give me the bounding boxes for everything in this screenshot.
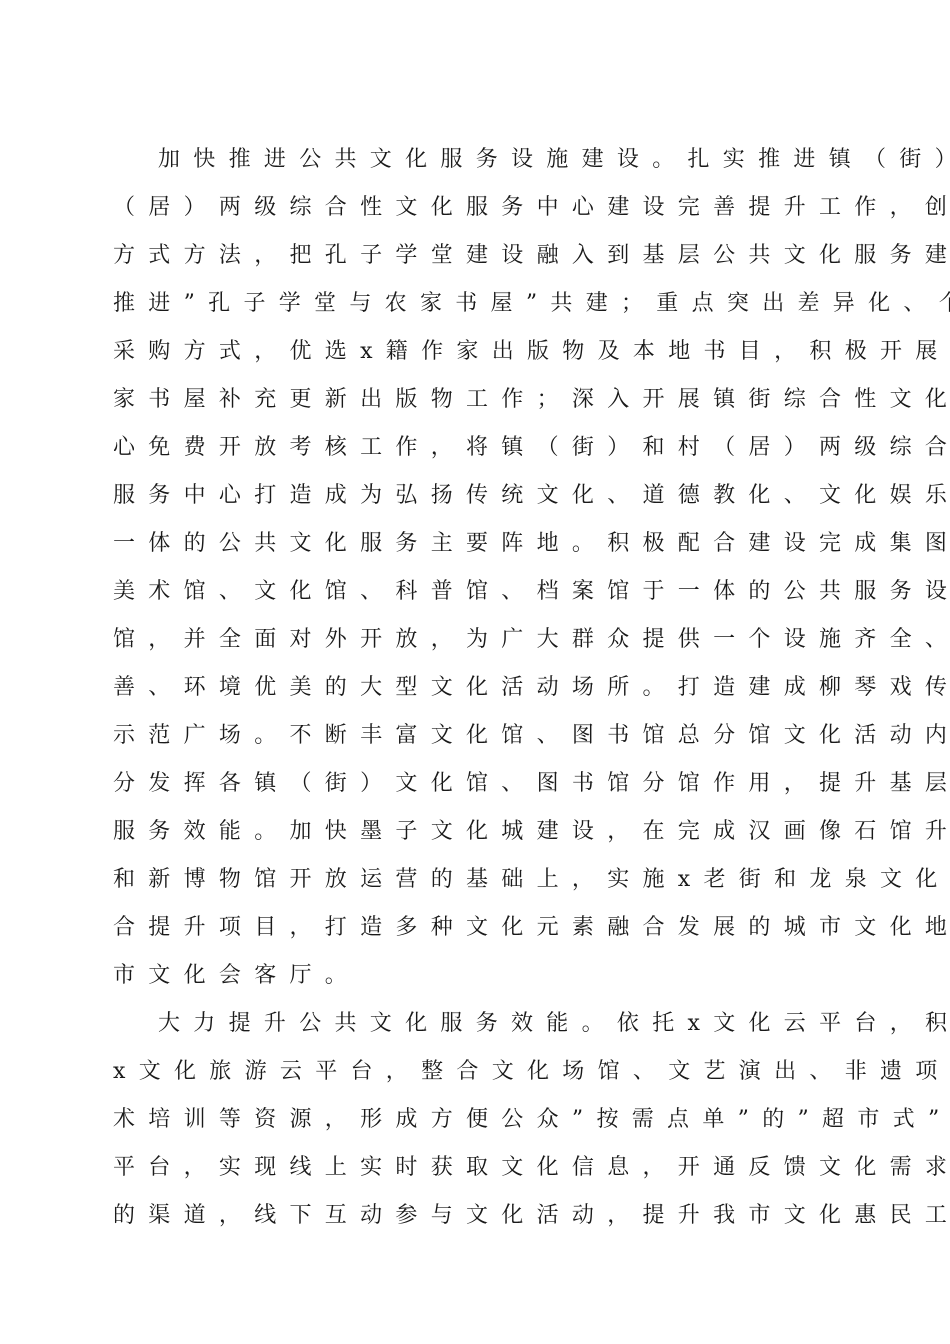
paragraph-line: 馆，并全面对外开放，为广大群众提供一个设施齐全、功能完 <box>113 622 833 670</box>
paragraph-line: 和新博物馆开放运营的基础上，实施x老街和龙泉文化广场综 <box>113 862 833 910</box>
paragraph-line: 示范广场。不断丰富文化馆、图书馆总分馆文化活动内容，充 <box>113 718 833 766</box>
paragraph-line: 的渠道，线下互动参与文化活动，提升我市文化惠民工作数字 <box>113 1198 833 1246</box>
paragraph-line: 分发挥各镇（街）文化馆、图书馆分馆作用，提升基层分馆的 <box>113 766 833 814</box>
paragraph-line: 市文化会客厅。 <box>113 958 833 1006</box>
document-body: 加快推进公共文化服务设施建设。扎实推进镇（街）和村 （居）两级综合性文化服务中心… <box>113 142 833 1246</box>
paragraph-line: 大力提升公共文化服务效能。依托x文化云平台，积极搭建 <box>113 1006 833 1054</box>
paragraph-line: 合提升项目，打造多种文化元素融合发展的城市文化地标和城 <box>113 910 833 958</box>
paragraph-line: 平台，实现线上实时获取文化信息，开通反馈文化需求、意见 <box>113 1150 833 1198</box>
paragraph-line: 善、环境优美的大型文化活动场所。打造建成柳琴戏传承体验 <box>113 670 833 718</box>
paragraph-line: 美术馆、文化馆、科普馆、档案馆于一体的公共服务设施综合 <box>113 574 833 622</box>
paragraph-line: （居）两级综合性文化服务中心建设完善提升工作，创新工作 <box>113 190 833 238</box>
paragraph-line: 采购方式，优选x籍作家出版物及本地书目，积极开展全市农 <box>113 334 833 382</box>
paragraph-line: 一体的公共文化服务主要阵地。积极配合建设完成集图书馆、 <box>113 526 833 574</box>
paragraph-line: 方式方法，把孔子学堂建设融入到基层公共文化服务建设体系， <box>113 238 833 286</box>
document-page: 加快推进公共文化服务设施建设。扎实推进镇（街）和村 （居）两级综合性文化服务中心… <box>0 0 950 1344</box>
paragraph-line: 家书屋补充更新出版物工作；深入开展镇街综合性文化服务中 <box>113 382 833 430</box>
paragraph-public-facilities: 加快推进公共文化服务设施建设。扎实推进镇（街）和村 （居）两级综合性文化服务中心… <box>113 142 833 1006</box>
paragraph-line: 推进”孔子学堂与农家书屋”共建；重点突出差异化、个性化 <box>113 286 833 334</box>
paragraph-line: 术培训等资源，形成方便公众”按需点单”的”超市式”资源 <box>113 1102 833 1150</box>
paragraph-line: 心免费开放考核工作，将镇（街）和村（居）两级综合性文化 <box>113 430 833 478</box>
paragraph-line: 服务中心打造成为弘扬传统文化、道德教化、文化娱乐活动为 <box>113 478 833 526</box>
paragraph-service-efficiency: 大力提升公共文化服务效能。依托x文化云平台，积极搭建 x文化旅游云平台，整合文化… <box>113 1006 833 1246</box>
paragraph-line: 服务效能。加快墨子文化城建设，在完成汉画像石馆升级改造 <box>113 814 833 862</box>
paragraph-line: x文化旅游云平台，整合文化场馆、文艺演出、非遗项目、艺 <box>113 1054 833 1102</box>
paragraph-line: 加快推进公共文化服务设施建设。扎实推进镇（街）和村 <box>113 142 833 190</box>
